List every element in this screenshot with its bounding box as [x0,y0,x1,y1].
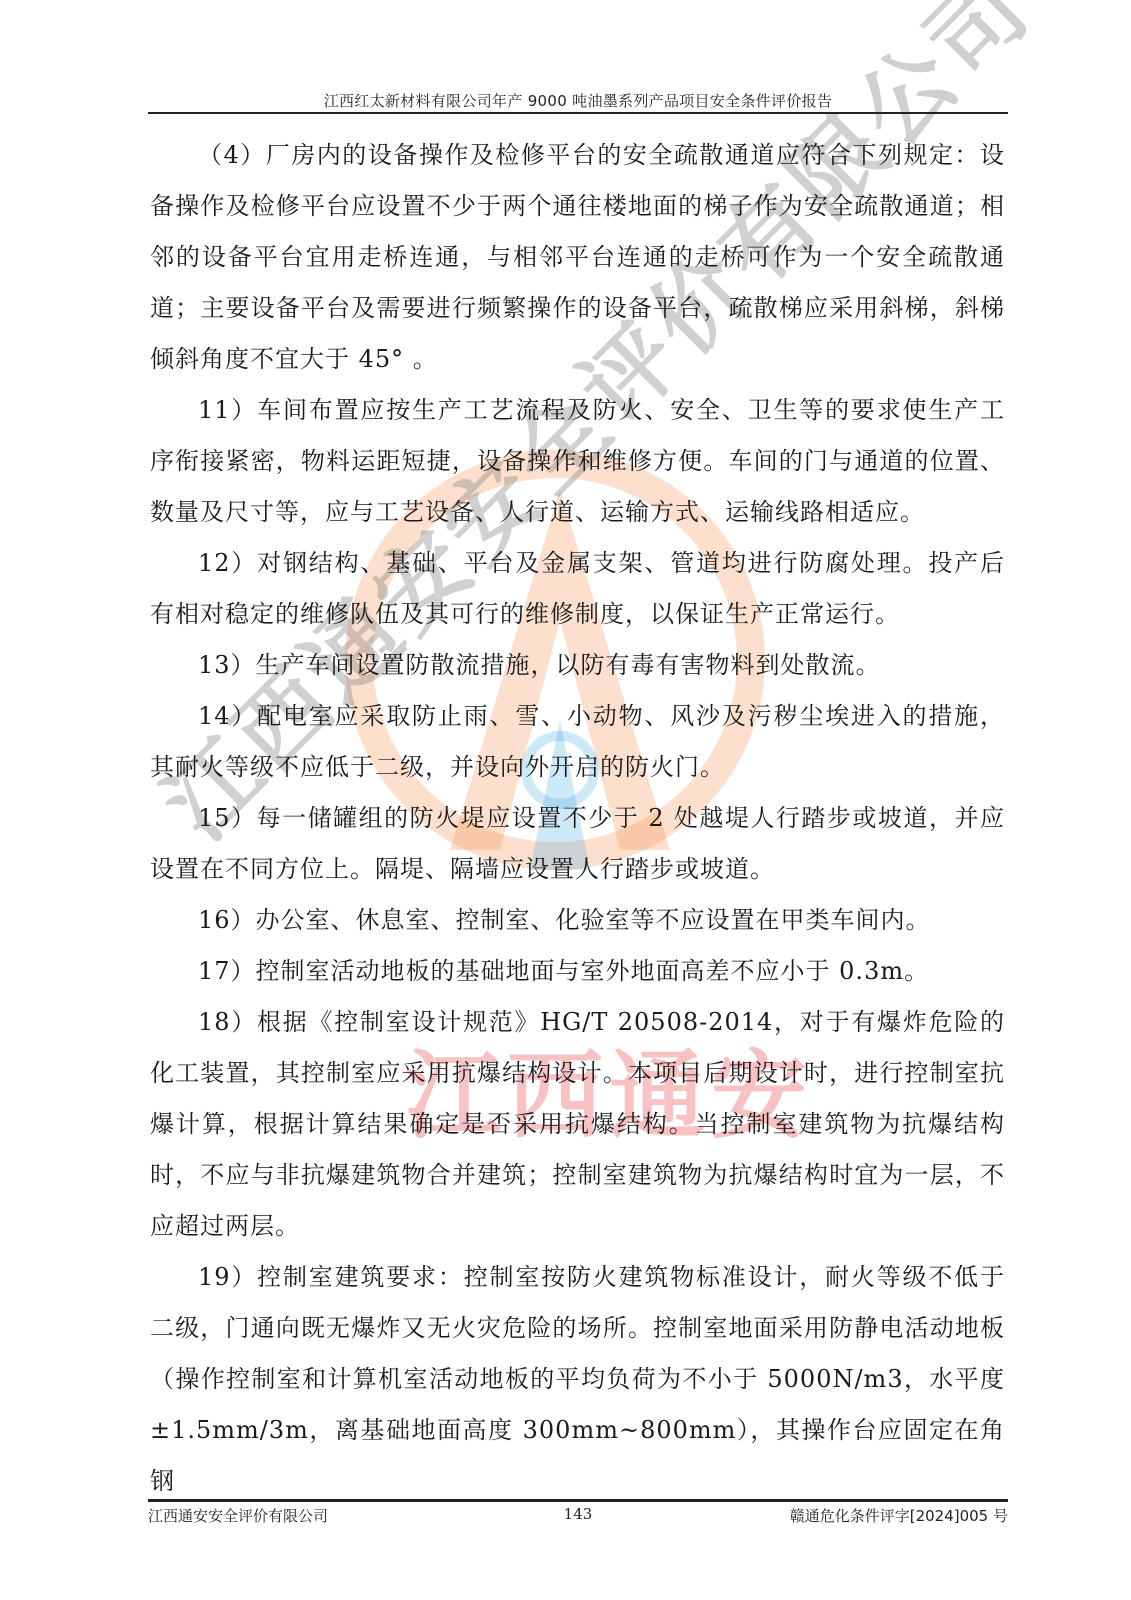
header-divider [148,112,1008,114]
footer-document-code: 赣通危化条件评字[2024]005 号 [790,1505,1008,1526]
paragraph-17: 17）控制室活动地板的基础地面与室外地面高差不应小于 0.3m。 [150,946,1005,997]
paragraph-14: 14）配电室应采取防止雨、雪、小动物、风沙及污秽尘埃进入的措施，其耐火等级不应低… [150,691,1005,793]
paragraph-11: 11）车间布置应按生产工艺流程及防火、安全、卫生等的要求使生产工序衔接紧密，物料… [150,385,1005,538]
paragraph-18: 18）根据《控制室设计规范》HG/T 20508-2014，对于有爆炸危险的化工… [150,997,1005,1252]
footer-divider [148,1499,1008,1502]
paragraph-evacuation-platform: （4）厂房内的设备操作及检修平台的安全疏散通道应符合下列规定：设备操作及检修平台… [150,130,1005,385]
paragraph-16: 16）办公室、休息室、控制室、化验室等不应设置在甲类车间内。 [150,895,1005,946]
document-page: 江西通安 江西通安安全评价有限公司 江西红太新材料有限公司年产 9000 吨油墨… [0,0,1131,1600]
paragraph-19: 19）控制室建筑要求：控制室按防火建筑物标准设计，耐火等级不低于二级，门通向既无… [150,1252,1005,1507]
document-body: （4）厂房内的设备操作及检修平台的安全疏散通道应符合下列规定：设备操作及检修平台… [150,130,1005,1507]
page-footer: 江西通安安全评价有限公司 143 赣通危化条件评字[2024]005 号 [148,1505,1008,1527]
paragraph-12: 12）对钢结构、基础、平台及金属支架、管道均进行防腐处理。投产后有相对稳定的维修… [150,538,1005,640]
paragraph-15: 15）每一储罐组的防火堤应设置不少于 2 处越堤人行踏步或坡道，并应设置在不同方… [150,793,1005,895]
page-header-title: 江西红太新材料有限公司年产 9000 吨油墨系列产品项目安全条件评价报告 [148,90,1008,111]
paragraph-13: 13）生产车间设置防散流措施，以防有毒有害物料到处散流。 [150,640,1005,691]
